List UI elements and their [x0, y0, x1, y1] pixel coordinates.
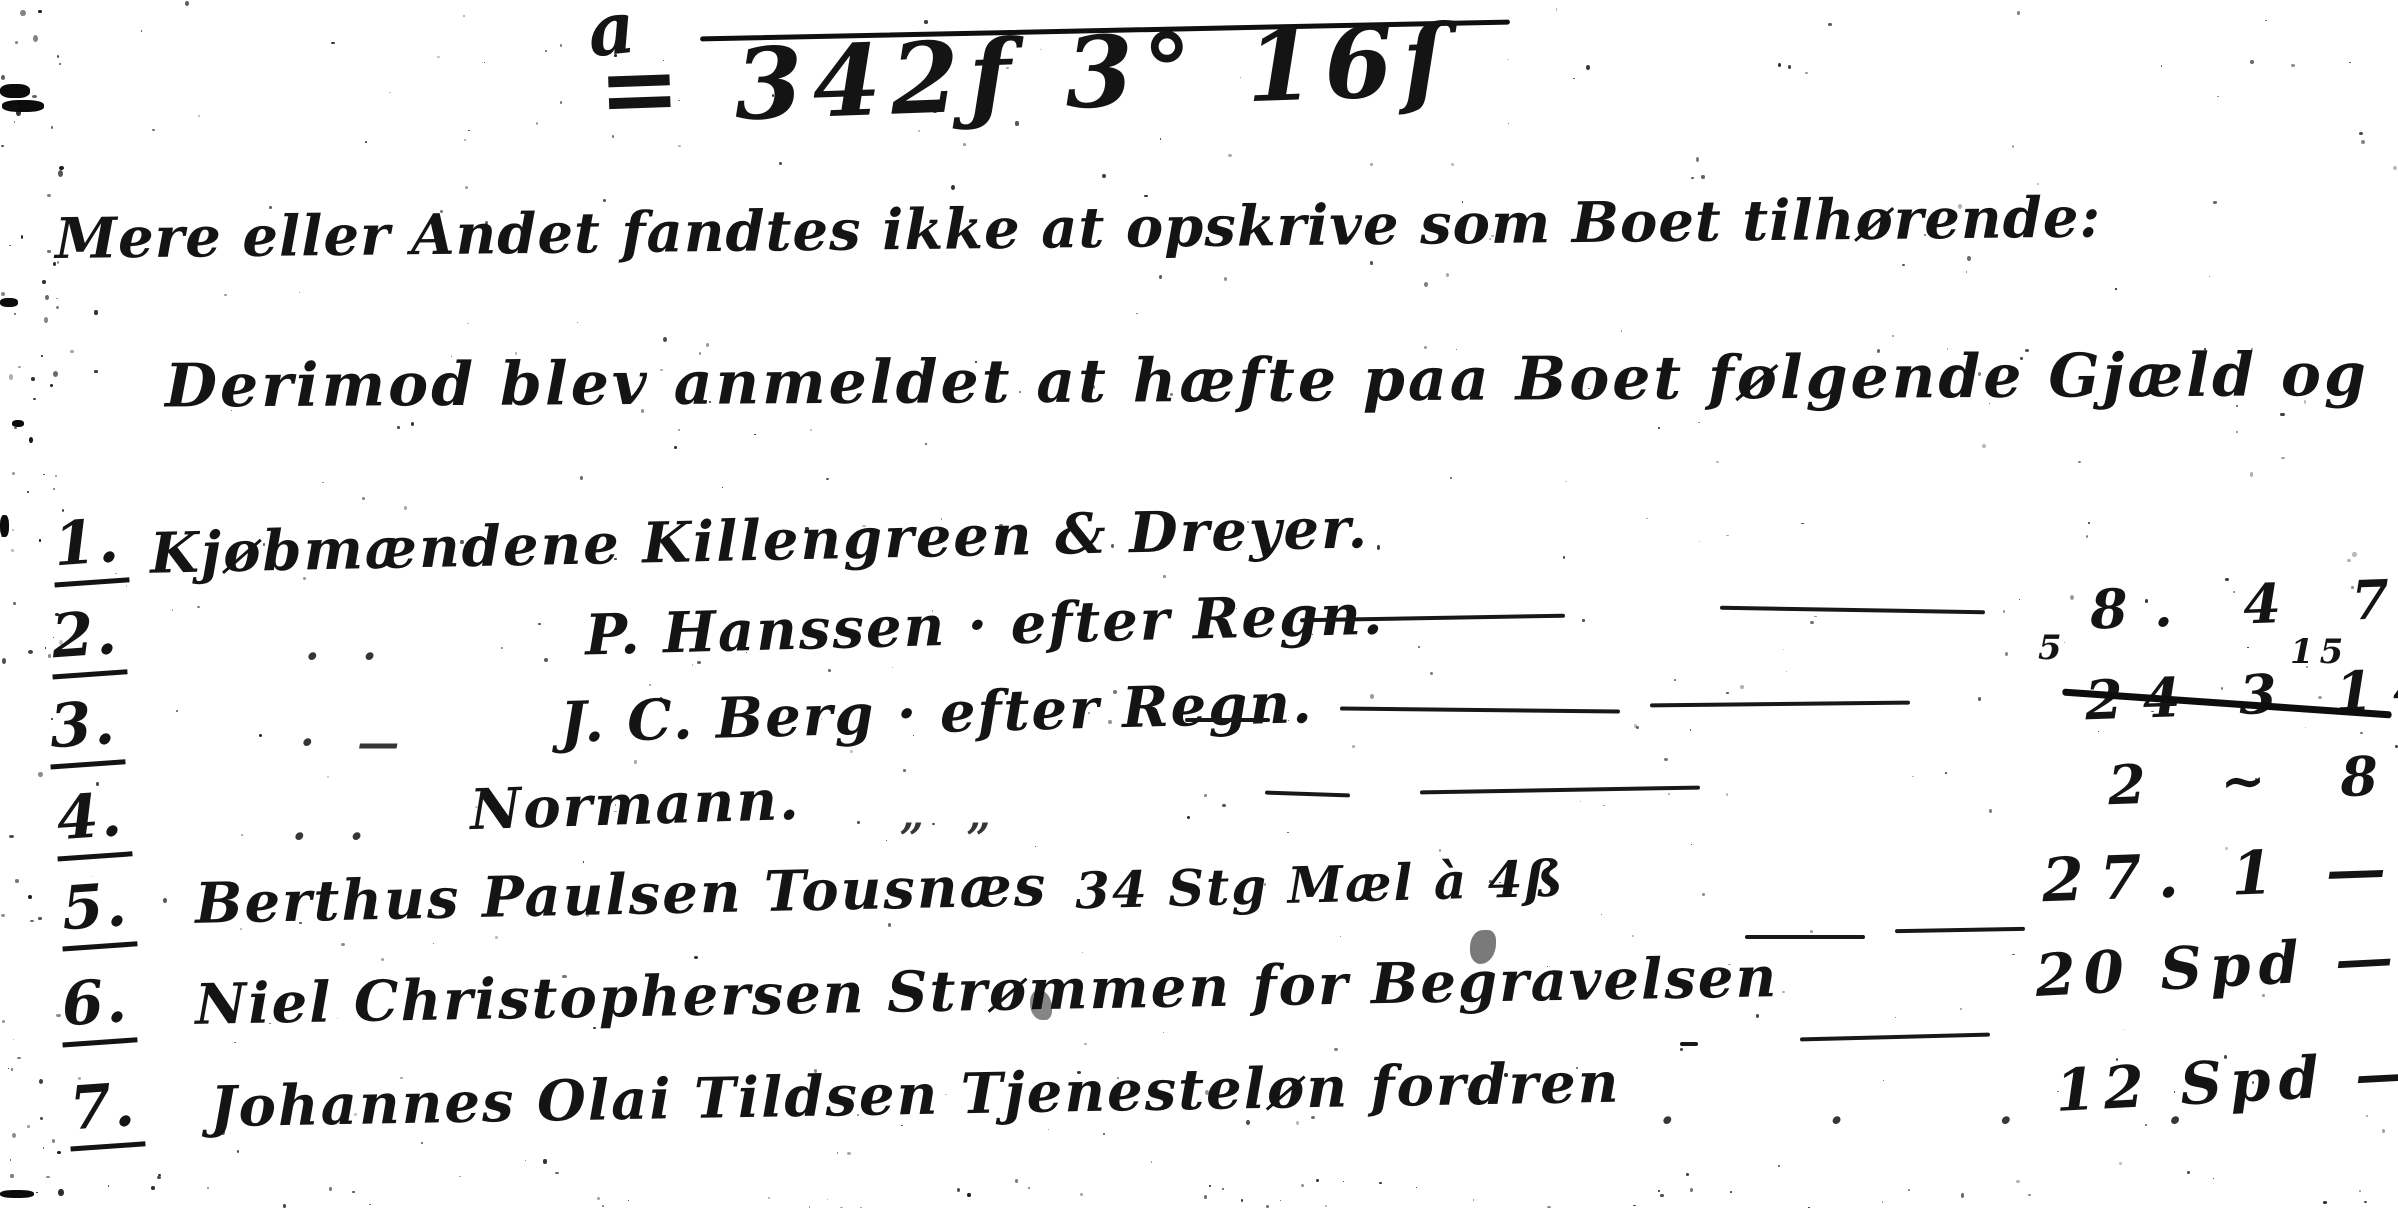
- speckle: [33, 398, 36, 400]
- speckle: [467, 323, 469, 325]
- speckle: [27, 1125, 30, 1128]
- speckle: [1982, 444, 1986, 448]
- speckle: [2349, 62, 2351, 64]
- speckle: [1696, 157, 1699, 161]
- speckle: [94, 310, 97, 314]
- speckle: [1961, 1193, 1965, 1198]
- speckle: [299, 292, 300, 293]
- item-3-leader-line: [1185, 718, 1270, 722]
- speckle: [1690, 729, 1691, 731]
- speckle: [1287, 832, 1289, 833]
- speckle: [1340, 936, 1341, 937]
- speckle: [78, 1077, 82, 1079]
- speckle: [241, 834, 242, 835]
- speckle: [43, 1147, 45, 1149]
- speckle: [42, 280, 45, 284]
- item-3-ditto-mark: · —: [300, 718, 413, 767]
- speckle: [1603, 1087, 1604, 1088]
- speckle: [805, 527, 809, 530]
- speckle: [53, 488, 54, 490]
- speckle: [2003, 610, 2005, 613]
- speckle: [38, 10, 43, 13]
- speckle: [9, 245, 12, 247]
- speckle: [1451, 163, 1455, 166]
- speckle: [678, 145, 681, 148]
- speckle: [1619, 390, 1621, 391]
- speckle: [1418, 646, 1420, 648]
- item-2-ditto-mark: · ·: [305, 632, 391, 681]
- speckle: [1301, 1184, 1304, 1186]
- speckle: [185, 1, 189, 6]
- speckle: [1730, 1191, 1732, 1193]
- speckle: [1103, 1133, 1105, 1134]
- speckle: [1902, 264, 1905, 267]
- speckle: [2017, 11, 2020, 15]
- item-4-leader-line: [1420, 786, 1700, 795]
- item-2-leader-line: [1720, 606, 1985, 615]
- speckle: [2323, 1201, 2327, 1204]
- speckle: [1450, 477, 1451, 479]
- speckle: [1701, 175, 1705, 179]
- speckle: [157, 1176, 161, 1179]
- speckle: [421, 1142, 423, 1144]
- speckle: [1205, 1090, 1209, 1095]
- speckle: [1633, 1205, 1636, 1207]
- speckle: [465, 186, 468, 190]
- speckle: [577, 322, 578, 323]
- speckle: [1810, 621, 1814, 624]
- speckle: [768, 1197, 771, 1199]
- speckle: [322, 482, 324, 484]
- speckle: [1163, 1032, 1164, 1033]
- speckle: [855, 634, 858, 637]
- speckle: [1690, 1188, 1693, 1192]
- speckle: [2217, 96, 2219, 97]
- item-6-leader-line: [1800, 1033, 1990, 1042]
- speckle: [2098, 731, 2099, 732]
- speckle: [2359, 132, 2363, 135]
- paragraph-1: Mere eller Andet fandtes ikke at opskriv…: [55, 190, 1576, 272]
- speckle: [108, 1185, 109, 1187]
- speckle: [1088, 712, 1090, 714]
- speckle: [1989, 809, 1992, 813]
- speckle: [1507, 59, 1509, 60]
- speckle: [772, 400, 775, 402]
- speckle: [495, 936, 498, 939]
- speckle: [1080, 1193, 1082, 1196]
- speckle: [10, 1174, 14, 1179]
- speckle: [1204, 794, 1207, 796]
- speckle: [12, 529, 14, 531]
- speckle: [850, 750, 853, 753]
- speckle: [1882, 1201, 1883, 1202]
- speckle: [1462, 201, 1463, 203]
- speckle: [1674, 679, 1676, 681]
- speckle: [46, 1176, 50, 1178]
- item-4-amount: 2 ~ 8: [2107, 743, 2398, 817]
- speckle: [649, 684, 651, 685]
- speckle: [43, 474, 45, 476]
- speckle: [1489, 238, 1491, 239]
- speckle: [1113, 690, 1117, 694]
- speckle: [1, 535, 4, 537]
- speckle: [1266, 1205, 1270, 1208]
- speckle: [2209, 276, 2210, 277]
- speckle: [1222, 804, 1226, 807]
- speckle: [1160, 138, 1161, 139]
- speckle: [32, 95, 37, 98]
- item-5-number: 5.: [57, 869, 137, 951]
- speckle: [39, 539, 42, 542]
- paragraph-2: Derimod blev anmeldet at hæfte paa Boet …: [165, 338, 2398, 421]
- speckle: [31, 377, 35, 382]
- speckle: [821, 718, 822, 720]
- speckle: [20, 10, 25, 16]
- speckle: [14, 427, 17, 429]
- speckle: [1945, 772, 1947, 774]
- speckle: [2, 658, 6, 663]
- speckle: [1136, 313, 1137, 314]
- margin-ink-blot: [0, 84, 30, 98]
- speckle: [1740, 685, 1744, 688]
- speckle: [13, 1039, 14, 1040]
- speckle: [562, 975, 566, 978]
- speckle: [2393, 166, 2397, 170]
- speckle: [2236, 405, 2238, 407]
- speckle: [810, 429, 812, 431]
- speckle: [451, 356, 452, 357]
- speckle: [1582, 619, 1586, 621]
- speckle: [1316, 1179, 1319, 1182]
- speckle: [45, 295, 49, 301]
- speckle: [659, 697, 663, 702]
- speckle: [464, 139, 465, 140]
- speckle: [2252, 1081, 2254, 1084]
- item-3-leader-line: [1650, 701, 1910, 708]
- speckle: [1814, 616, 1816, 618]
- speckle: [1224, 277, 1227, 281]
- speckle: [1170, 393, 1173, 396]
- speckle: [593, 1027, 596, 1029]
- speckle: [828, 669, 831, 673]
- speckle: [27, 491, 29, 494]
- speckle: [2247, 647, 2248, 648]
- speckle: [2225, 847, 2228, 850]
- speckle: [892, 667, 893, 668]
- speckle: [2064, 642, 2065, 643]
- speckle: [51, 126, 53, 129]
- speckle: [96, 782, 99, 785]
- speckle: [2255, 778, 2257, 780]
- speckle: [141, 30, 143, 32]
- speckle: [362, 497, 365, 500]
- header-total: = 342ƒ 3° 16ſ: [596, 3, 1456, 148]
- speckle: [809, 1206, 810, 1207]
- speckle: [2280, 413, 2284, 416]
- speckle: [1801, 523, 1803, 524]
- speckle: [2382, 1129, 2385, 1133]
- speckle: [2016, 1180, 2020, 1183]
- speckle: [224, 294, 227, 297]
- speckle: [2305, 727, 2306, 728]
- speckle: [12, 472, 15, 475]
- speckle: [152, 129, 154, 131]
- speckle: [1048, 1129, 1049, 1130]
- scanned-handwritten-document: a = 342ƒ 3° 16ſ Mere eller Andet fandtes…: [0, 0, 2398, 1208]
- speckle: [896, 879, 899, 883]
- speckle: [1698, 422, 1700, 424]
- speckle: [28, 650, 33, 654]
- speckle: [1236, 608, 1237, 609]
- speckle: [1680, 1048, 1682, 1051]
- speckle: [47, 250, 51, 253]
- speckle: [2, 1020, 5, 1023]
- speckle: [1, 292, 5, 296]
- item-6-number: 6.: [57, 965, 137, 1047]
- speckle: [13, 602, 15, 605]
- speckle: [1810, 930, 1814, 933]
- item-5-leader-line: [1895, 927, 2025, 933]
- speckle: [2306, 666, 2308, 668]
- speckle: [1782, 991, 1785, 993]
- item-1-text: Kjøbmændene Killengreen & Dreyer.: [149, 495, 1369, 587]
- speckle: [2123, 1029, 2125, 1030]
- speckle: [55, 475, 57, 477]
- speckle: [678, 429, 680, 431]
- speckle: [11, 549, 13, 551]
- speckle: [45, 647, 47, 649]
- speckle: [2005, 652, 2008, 656]
- speckle: [2251, 348, 2253, 350]
- speckle: [1015, 1179, 1018, 1183]
- speckle: [2347, 559, 2350, 562]
- speckle: [1586, 65, 1590, 70]
- speckle: [2291, 64, 2295, 67]
- speckle: [945, 1094, 946, 1096]
- speckle: [515, 352, 517, 354]
- speckle: [1621, 330, 1623, 332]
- speckle: [498, 913, 500, 916]
- item-4-number: 4.: [52, 779, 132, 861]
- speckle: [172, 609, 174, 611]
- item-4-text: Normann.: [469, 767, 801, 843]
- speckle: [15, 879, 19, 883]
- speckle: [1565, 481, 1566, 482]
- speckle: [41, 355, 43, 358]
- speckle: [2281, 457, 2285, 459]
- speckle: [857, 821, 860, 823]
- speckle: [1117, 1077, 1119, 1078]
- speckle: [2203, 1078, 2205, 1079]
- speckle: [1102, 174, 1106, 178]
- speckle: [1281, 398, 1285, 403]
- speckle: [433, 943, 434, 944]
- speckle: [347, 566, 348, 567]
- speckle: [163, 898, 167, 903]
- speckle: [11, 1068, 14, 1070]
- speckle: [754, 434, 756, 435]
- speckle: [2012, 954, 2014, 955]
- speckle: [57, 1151, 62, 1154]
- speckle: [151, 1186, 154, 1190]
- item-5-text: Berthus Paulsen Tousnæs: [194, 853, 1047, 937]
- speckle: [38, 772, 43, 776]
- item-1-number: 1.: [49, 505, 129, 587]
- speckle: [14, 121, 16, 122]
- item-5-quantity: 34 Stg Mæl à 4ß: [1074, 849, 1565, 921]
- speckle: [437, 56, 440, 58]
- speckle: [2161, 65, 2163, 66]
- speckle: [1788, 65, 1791, 69]
- speckle: [30, 920, 34, 923]
- speckle: [913, 735, 914, 736]
- speckle: [1154, 47, 1156, 49]
- speckle: [779, 162, 782, 165]
- speckle: [1563, 556, 1565, 559]
- speckle: [1467, 1088, 1469, 1090]
- speckle: [2145, 599, 2148, 603]
- speckle: [1416, 1187, 1417, 1188]
- speckle: [1892, 335, 1894, 338]
- speckle: [1473, 1199, 1474, 1200]
- speckle: [501, 647, 502, 648]
- speckle: [1015, 121, 1018, 125]
- speckle: [1296, 1121, 1299, 1124]
- speckle: [674, 446, 676, 449]
- speckle: [381, 958, 384, 961]
- speckle: [1343, 1181, 1344, 1182]
- speckle: [59, 640, 63, 645]
- speckle: [1967, 256, 1971, 261]
- speckle: [1264, 883, 1266, 886]
- speckle: [38, 917, 41, 920]
- speckle: [2250, 472, 2253, 477]
- speckle: [389, 92, 391, 94]
- speckle: [1912, 776, 1914, 778]
- item-5-amount: 27. 1 —: [2041, 834, 2398, 917]
- speckle: [29, 437, 33, 442]
- speckle: [48, 654, 52, 658]
- speckle: [1786, 671, 1788, 672]
- speckle: [484, 62, 485, 63]
- speckle: [1209, 1185, 1211, 1187]
- speckle: [365, 141, 367, 143]
- speckle: [2364, 1201, 2367, 1203]
- speckle: [269, 1023, 271, 1024]
- speckle: [597, 1197, 601, 1200]
- speckle: [463, 15, 465, 17]
- speckle: [634, 760, 636, 763]
- speckle: [14, 313, 16, 315]
- speckle: [1664, 758, 1668, 761]
- speckle: [1102, 220, 1104, 222]
- speckle: [8, 1068, 10, 1069]
- speckle: [1636, 726, 1639, 730]
- speckle: [826, 478, 829, 480]
- speckle: [957, 1188, 960, 1192]
- speckle: [1151, 1161, 1153, 1163]
- item-4-leader-line: [1265, 791, 1350, 798]
- speckle: [57, 55, 59, 58]
- speckle: [2187, 1171, 2190, 1174]
- speckle: [2265, 20, 2267, 22]
- speckle: [2086, 535, 2088, 538]
- speckle: [2116, 1058, 2118, 1061]
- speckle: [1978, 697, 1981, 701]
- speckle: [1084, 1043, 1087, 1045]
- margin-ink-blot: [0, 515, 9, 537]
- speckle: [15, 41, 18, 44]
- speckle: [53, 371, 58, 377]
- speckle: [44, 317, 48, 323]
- speckle: [1699, 541, 1700, 542]
- speckle: [21, 235, 24, 239]
- speckle: [1028, 1187, 1030, 1189]
- speckle: [1646, 518, 1648, 520]
- speckle: [2318, 696, 2322, 699]
- speckle: [47, 194, 51, 197]
- speckle: [1947, 348, 1948, 349]
- speckle: [2115, 288, 2117, 289]
- speckle: [2119, 1162, 2122, 1165]
- speckle: [2012, 145, 2014, 148]
- speckle: [857, 1114, 859, 1116]
- speckle: [70, 350, 74, 353]
- speckle: [1702, 893, 1705, 896]
- item-5-leader-line: [1745, 935, 1865, 939]
- speckle: [2028, 1194, 2031, 1197]
- speckle: [1660, 1194, 1663, 1197]
- speckle: [1504, 1073, 1508, 1078]
- speckle: [1439, 849, 1441, 852]
- speckle: [2236, 431, 2238, 433]
- margin-ink-blot: [0, 1190, 34, 1198]
- speckle: [58, 170, 63, 177]
- speckle: [1204, 1195, 1207, 1199]
- speckle: [2088, 522, 2090, 524]
- speckle: [12, 104, 17, 109]
- speckle: [1240, 77, 1241, 78]
- speckle: [616, 898, 618, 901]
- speckle: [895, 980, 897, 983]
- speckle: [1726, 692, 1728, 695]
- speckle: [612, 135, 614, 138]
- speckle: [1828, 23, 1831, 26]
- speckle: [615, 804, 616, 806]
- speckle: [1966, 271, 1968, 273]
- speckle: [1726, 793, 1729, 796]
- speckle: [1108, 720, 1111, 724]
- speckle: [536, 122, 538, 125]
- speckle: [699, 352, 701, 354]
- speckle: [39, 1079, 43, 1084]
- speckle: [369, 1204, 371, 1205]
- speckle: [327, 776, 329, 778]
- speckle: [951, 185, 955, 190]
- speckle: [614, 54, 617, 57]
- speckle: [50, 384, 53, 387]
- item-6-amount: 20 Spd — —: [2034, 918, 2398, 1010]
- speckle: [234, 1042, 235, 1043]
- speckle: [237, 1150, 239, 1152]
- speckle: [1370, 261, 1374, 264]
- item-2-amount-prefix: 5: [2038, 628, 2068, 668]
- item-7-number: 7.: [65, 1069, 145, 1151]
- speckle: [36, 1192, 38, 1194]
- speckle: [1163, 575, 1166, 577]
- speckle: [1573, 78, 1575, 80]
- speckle: [1668, 793, 1670, 795]
